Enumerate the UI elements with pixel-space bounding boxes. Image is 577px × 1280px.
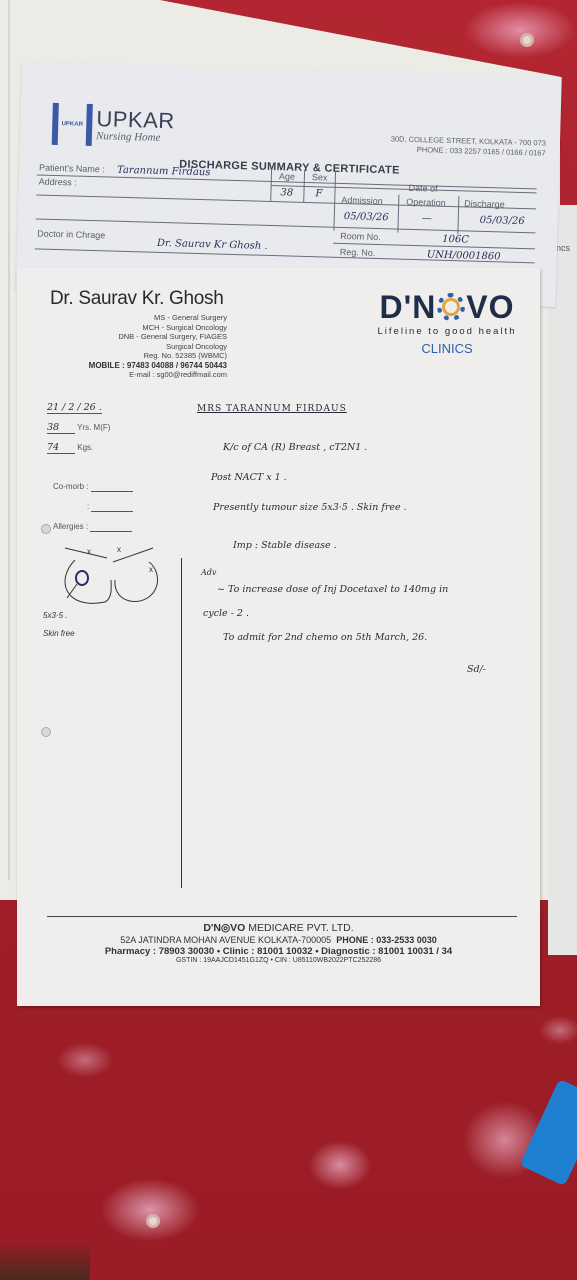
doctor-signature: Sd/- (467, 664, 486, 675)
age-label: Age (279, 171, 295, 181)
advice-line: ~ To increase dose of Inj Docetaxel to 1… (217, 584, 448, 595)
side-edge-text: ncs (556, 243, 570, 253)
rx-date: 21 / 2 / 26 . (47, 402, 102, 414)
column-divider (181, 558, 182, 888)
sex-label: Sex (312, 172, 328, 182)
admission-date: 05/03/26 (344, 211, 389, 223)
svg-text:x: x (87, 547, 91, 556)
patient-name: MRS TARANNUM FIRDAUS (197, 404, 347, 414)
footer-logo: D'N◎VO (203, 922, 245, 934)
advice-label: Adv (201, 568, 216, 577)
weight-label: Kgs. (77, 443, 93, 452)
breast-diagram-sketch: x x x 5x3·5 . Skin free (35, 540, 185, 660)
doctor-value: Dr. Saurav Kr Ghosh . (157, 238, 268, 252)
upkar-logo-icon: UPKAR (52, 103, 93, 146)
footer-numbers: Pharmacy : 78903 30030 • Clinic : 81001 … (17, 946, 540, 957)
prescription-footer: D'N◎VO MEDICARE PVT. LTD. 52A JATINDRA M… (17, 922, 540, 964)
hospital-address: 30D, COLLEGE STREET, KOLKATA - 700 073 P… (390, 134, 546, 158)
side-paper-sheet (548, 205, 577, 955)
age-value: 38 (280, 187, 293, 198)
age-label: Yrs. M(F) (77, 423, 110, 432)
doctor-mobile: MOBILE : 97483 04088 / 96744 50443 (47, 361, 227, 371)
note-line: Post NACT x 1 . (211, 472, 287, 483)
footer-company: MEDICARE PVT. LTD. (248, 922, 353, 934)
age-value: 38 (47, 422, 75, 434)
operation-label: Operation (406, 197, 446, 208)
paper-edge (8, 0, 10, 880)
shadow (0, 1240, 90, 1280)
discharge-label: Discharge (464, 198, 505, 209)
svg-text:Skin free: Skin free (43, 629, 75, 638)
hospital-name: UPKAR (96, 108, 175, 132)
operation-date: — (422, 213, 432, 224)
room-no-value: 106C (442, 234, 469, 246)
patient-name-label: Patient's Name : (39, 163, 105, 175)
upkar-logo: UPKAR UPKAR Nursing Home (52, 103, 175, 148)
sex-value: F (315, 188, 322, 199)
doctor-qualifications: MS - General Surgery MCH - Surgical Onco… (47, 313, 227, 380)
prescription-sheet: Dr. Saurav Kr. Ghosh MS - General Surger… (17, 268, 540, 1006)
footer-phone: PHONE : 033-2533 0030 (336, 935, 437, 945)
room-no-label: Room No. (340, 231, 381, 242)
doctor-email: E-mail : sg00@rediffmail.com (47, 370, 227, 380)
advice-line: To admit for 2nd chemo on 5th March, 26. (223, 632, 427, 643)
weight-value: 74 (47, 442, 75, 454)
discharge-date: 05/03/26 (480, 215, 525, 227)
note-line: Imp : Stable disease . (233, 540, 337, 551)
svg-text:x: x (117, 545, 121, 554)
flower-decoration (146, 1214, 160, 1228)
svg-text:x: x (149, 565, 153, 574)
dnovo-ring-icon (437, 293, 465, 321)
doctor-name: Dr. Saurav Kr. Ghosh (50, 288, 224, 310)
footer-address: 52A JATINDRA MOHAN AVENUE KOLKATA-700005 (120, 935, 331, 945)
note-line: Presently tumour size 5x3·5 . Skin free … (213, 502, 407, 513)
allergies-label: Allergies : (53, 522, 88, 531)
doctor-label: Doctor in Chrage (37, 228, 105, 240)
dnovo-clinics: CLINICS (367, 341, 527, 356)
punch-hole (41, 727, 51, 737)
flower-decoration (520, 33, 534, 47)
dnovo-tagline: Lifeline to good health (367, 326, 527, 337)
admission-label: Admission (341, 195, 383, 206)
footer-gstin: GSTIN : 19AAJCD1451G1ZQ • CIN : U85110WB… (17, 957, 540, 964)
comorb-label: Co-morb : (53, 482, 89, 491)
footer-divider (47, 916, 517, 917)
address-label: Address : (39, 177, 77, 188)
punch-hole (41, 524, 51, 534)
dnovo-brand: D'N VO Lifeline to good health CLINICS (367, 290, 527, 356)
advice-line: cycle - 2 . (203, 608, 249, 619)
dnovo-logo: D'N VO (367, 290, 527, 324)
svg-text:5x3·5 .: 5x3·5 . (43, 611, 67, 620)
note-line: K/c of CA (R) Breast , cT2N1 . (223, 442, 367, 453)
